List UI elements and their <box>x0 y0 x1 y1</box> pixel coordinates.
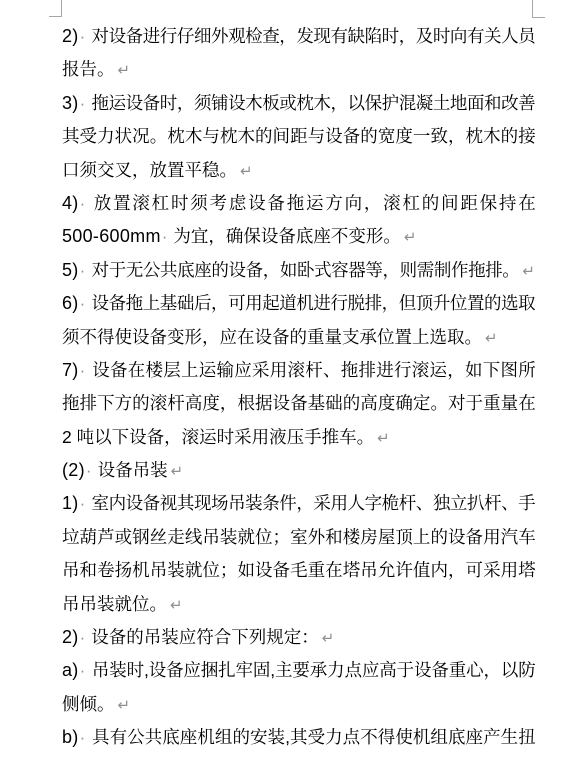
list-marker: b) <box>62 727 79 747</box>
text-line[interactable]: 7)·设备在楼层上运输应采用滚杆、拖排进行滚运，如下图所示。 <box>62 354 535 387</box>
line-text: 拖排下方的滚杆高度，根据设备基础的高度确定。对于重量在 <box>62 393 535 413</box>
text-line[interactable]: 500-600mm·为宜，确保设备底座不变形。↵ <box>62 220 535 253</box>
line-text: 为宜，确保设备底座不变形。 <box>173 226 401 246</box>
text-line[interactable]: 其受力状况。枕木与枕木的间距与设备的宽度一致，枕木的接 <box>62 120 535 153</box>
line-text: 侧倾。 <box>62 694 115 714</box>
line-text: 设备拖上基础后，可用起道机进行脱排，但顶升位置的选取 <box>91 293 535 313</box>
line-text: 吊装时,设备应捆扎牢固,主要承力点应高于设备重心，以防 <box>91 660 535 680</box>
word-document-page: 2)·对设备进行仔细外观检查，发现有缺陷时，及时向有关人员报告。↵3)·拖运设备… <box>0 0 586 760</box>
line-text: 须不得使设备变形，应在设备的重量支承位置上选取。 <box>62 327 482 347</box>
list-marker: 3) <box>62 93 79 113</box>
line-text: 设备吊装 <box>98 460 168 480</box>
paragraph-mark-icon: ↵ <box>240 163 253 180</box>
text-line[interactable]: 拖排下方的滚杆高度，根据设备基础的高度确定。对于重量在 <box>62 387 535 420</box>
line-text: 拖运设备时，须铺设木板或枕木，以保护混凝土地面和改善 <box>91 93 535 113</box>
text-line[interactable]: (2)·设备吊装↵ <box>62 454 535 487</box>
line-text: 吊和卷扬机吊装就位；如设备毛重在塔吊允许值内，可采用塔 <box>62 560 535 580</box>
text-boundary-mark-top-left-vertical <box>61 0 62 16</box>
text-line[interactable]: 3)·拖运设备时，须铺设木板或枕木，以保护混凝土地面和改善 <box>62 87 535 120</box>
line-text: 设备的吊装应符合下列规定： <box>91 627 319 647</box>
paragraph-mark-icon: ↵ <box>118 62 131 79</box>
text-boundary-mark-top-right-horizontal <box>532 17 545 18</box>
list-marker: 7) <box>62 360 79 380</box>
text-line[interactable]: 口须交叉，放置平稳。↵ <box>62 154 535 187</box>
text-line[interactable]: 报告。↵ <box>62 53 535 86</box>
paragraph-mark-icon: ↵ <box>377 430 390 447</box>
text-line[interactable]: 4)·放置滚杠时须考虑设备拖运方向，滚杠的间距保持在 <box>62 187 535 220</box>
space-formatting-mark-icon: · <box>80 27 86 46</box>
paragraph-mark-icon: ↵ <box>170 597 183 614</box>
space-formatting-mark-icon: · <box>80 361 86 380</box>
text-line[interactable]: a)·吊装时,设备应捆扎牢固,主要承力点应高于设备重心，以防 <box>62 654 535 687</box>
paragraph-mark-icon: ↵ <box>322 630 335 647</box>
text-boundary-mark-top-right-vertical <box>532 0 533 17</box>
text-line[interactable]: 侧倾。↵ <box>62 688 535 721</box>
line-text: 口须交叉，放置平稳。 <box>62 160 237 180</box>
line-text: 报告。 <box>62 59 115 79</box>
space-formatting-mark-icon: · <box>80 494 86 513</box>
line-text: 其受力状况。枕木与枕木的间距与设备的宽度一致，枕木的接 <box>62 126 535 146</box>
space-formatting-mark-icon: · <box>80 94 86 113</box>
line-text: 具有公共底座机组的安装,其受力点不得使机组底座产生扭 <box>91 727 535 747</box>
paragraph-mark-icon: ↵ <box>171 463 184 480</box>
list-marker: 4) <box>62 193 79 213</box>
line-text: 放置滚杠时须考虑设备拖运方向，滚杠的间距保持在 <box>91 193 535 213</box>
text-line[interactable]: 吊吊装就位。↵ <box>62 588 535 621</box>
paragraph-mark-icon: ↵ <box>485 330 498 347</box>
text-line[interactable]: 5)·对于无公共底座的设备，如卧式容器等，则需制作拖排。↵ <box>62 254 535 287</box>
text-line[interactable]: 2 吨以下设备，滚运时采用液压手推车。↵ <box>62 421 535 454</box>
text-boundary-mark-top-left-horizontal <box>49 16 62 17</box>
line-text: 2 吨以下设备，滚运时采用液压手推车。 <box>62 427 374 447</box>
line-text: 对于无公共底座的设备，如卧式容器等，则需制作拖排。 <box>91 260 519 280</box>
text-line[interactable]: 2)·设备的吊装应符合下列规定：↵ <box>62 621 535 654</box>
space-formatting-mark-icon: · <box>162 227 168 246</box>
paragraph-mark-icon: ↵ <box>522 263 535 280</box>
space-formatting-mark-icon: · <box>80 628 86 647</box>
space-formatting-mark-icon: · <box>80 661 86 680</box>
document-text-area[interactable]: 2)·对设备进行仔细外观检查，发现有缺陷时，及时向有关人员报告。↵3)·拖运设备… <box>62 20 535 755</box>
text-line[interactable]: 垃葫芦或钢丝走线吊装就位；室外和楼房屋顶上的设备用汽车 <box>62 521 535 554</box>
text-line[interactable]: 1)·室内设备视其现场吊装条件，采用人字桅杆、独立扒杆、手 <box>62 487 535 520</box>
paragraph-mark-icon: ↵ <box>404 229 417 246</box>
space-formatting-mark-icon: · <box>80 194 86 213</box>
text-line[interactable]: 须不得使设备变形，应在设备的重量支承位置上选取。↵ <box>62 321 535 354</box>
line-text: 设备在楼层上运输应采用滚杆、拖排进行滚运，如下图所示。 <box>62 360 535 387</box>
line-text: 对设备进行仔细外观检查，发现有缺陷时，及时向有关人员 <box>91 26 535 46</box>
list-marker: 2) <box>62 627 79 647</box>
paragraph-mark-icon: ↵ <box>118 697 131 714</box>
text-line[interactable]: 6)·设备拖上基础后，可用起道机进行脱排，但顶升位置的选取 <box>62 287 535 320</box>
list-marker: 5) <box>62 260 79 280</box>
text-line[interactable]: b)·具有公共底座机组的安装,其受力点不得使机组底座产生扭 <box>62 721 535 754</box>
list-marker: 6) <box>62 293 79 313</box>
space-formatting-mark-icon: · <box>80 728 86 747</box>
line-text: 垃葫芦或钢丝走线吊装就位；室外和楼房屋顶上的设备用汽车 <box>62 527 535 547</box>
list-marker: 1) <box>62 493 79 513</box>
space-formatting-mark-icon: · <box>80 294 86 313</box>
list-marker: 500-600mm <box>62 226 161 246</box>
space-formatting-mark-icon: · <box>80 261 86 280</box>
text-line[interactable]: 吊和卷扬机吊装就位；如设备毛重在塔吊允许值内，可采用塔 <box>62 554 535 587</box>
line-text: 室内设备视其现场吊装条件，采用人字桅杆、独立扒杆、手 <box>91 493 535 513</box>
list-marker: 2) <box>62 26 79 46</box>
line-text: 吊吊装就位。 <box>62 594 167 614</box>
list-marker: (2) <box>62 460 85 480</box>
list-marker: a) <box>62 660 79 680</box>
space-formatting-mark-icon: · <box>86 461 92 480</box>
text-line[interactable]: 2)·对设备进行仔细外观检查，发现有缺陷时，及时向有关人员 <box>62 20 535 53</box>
